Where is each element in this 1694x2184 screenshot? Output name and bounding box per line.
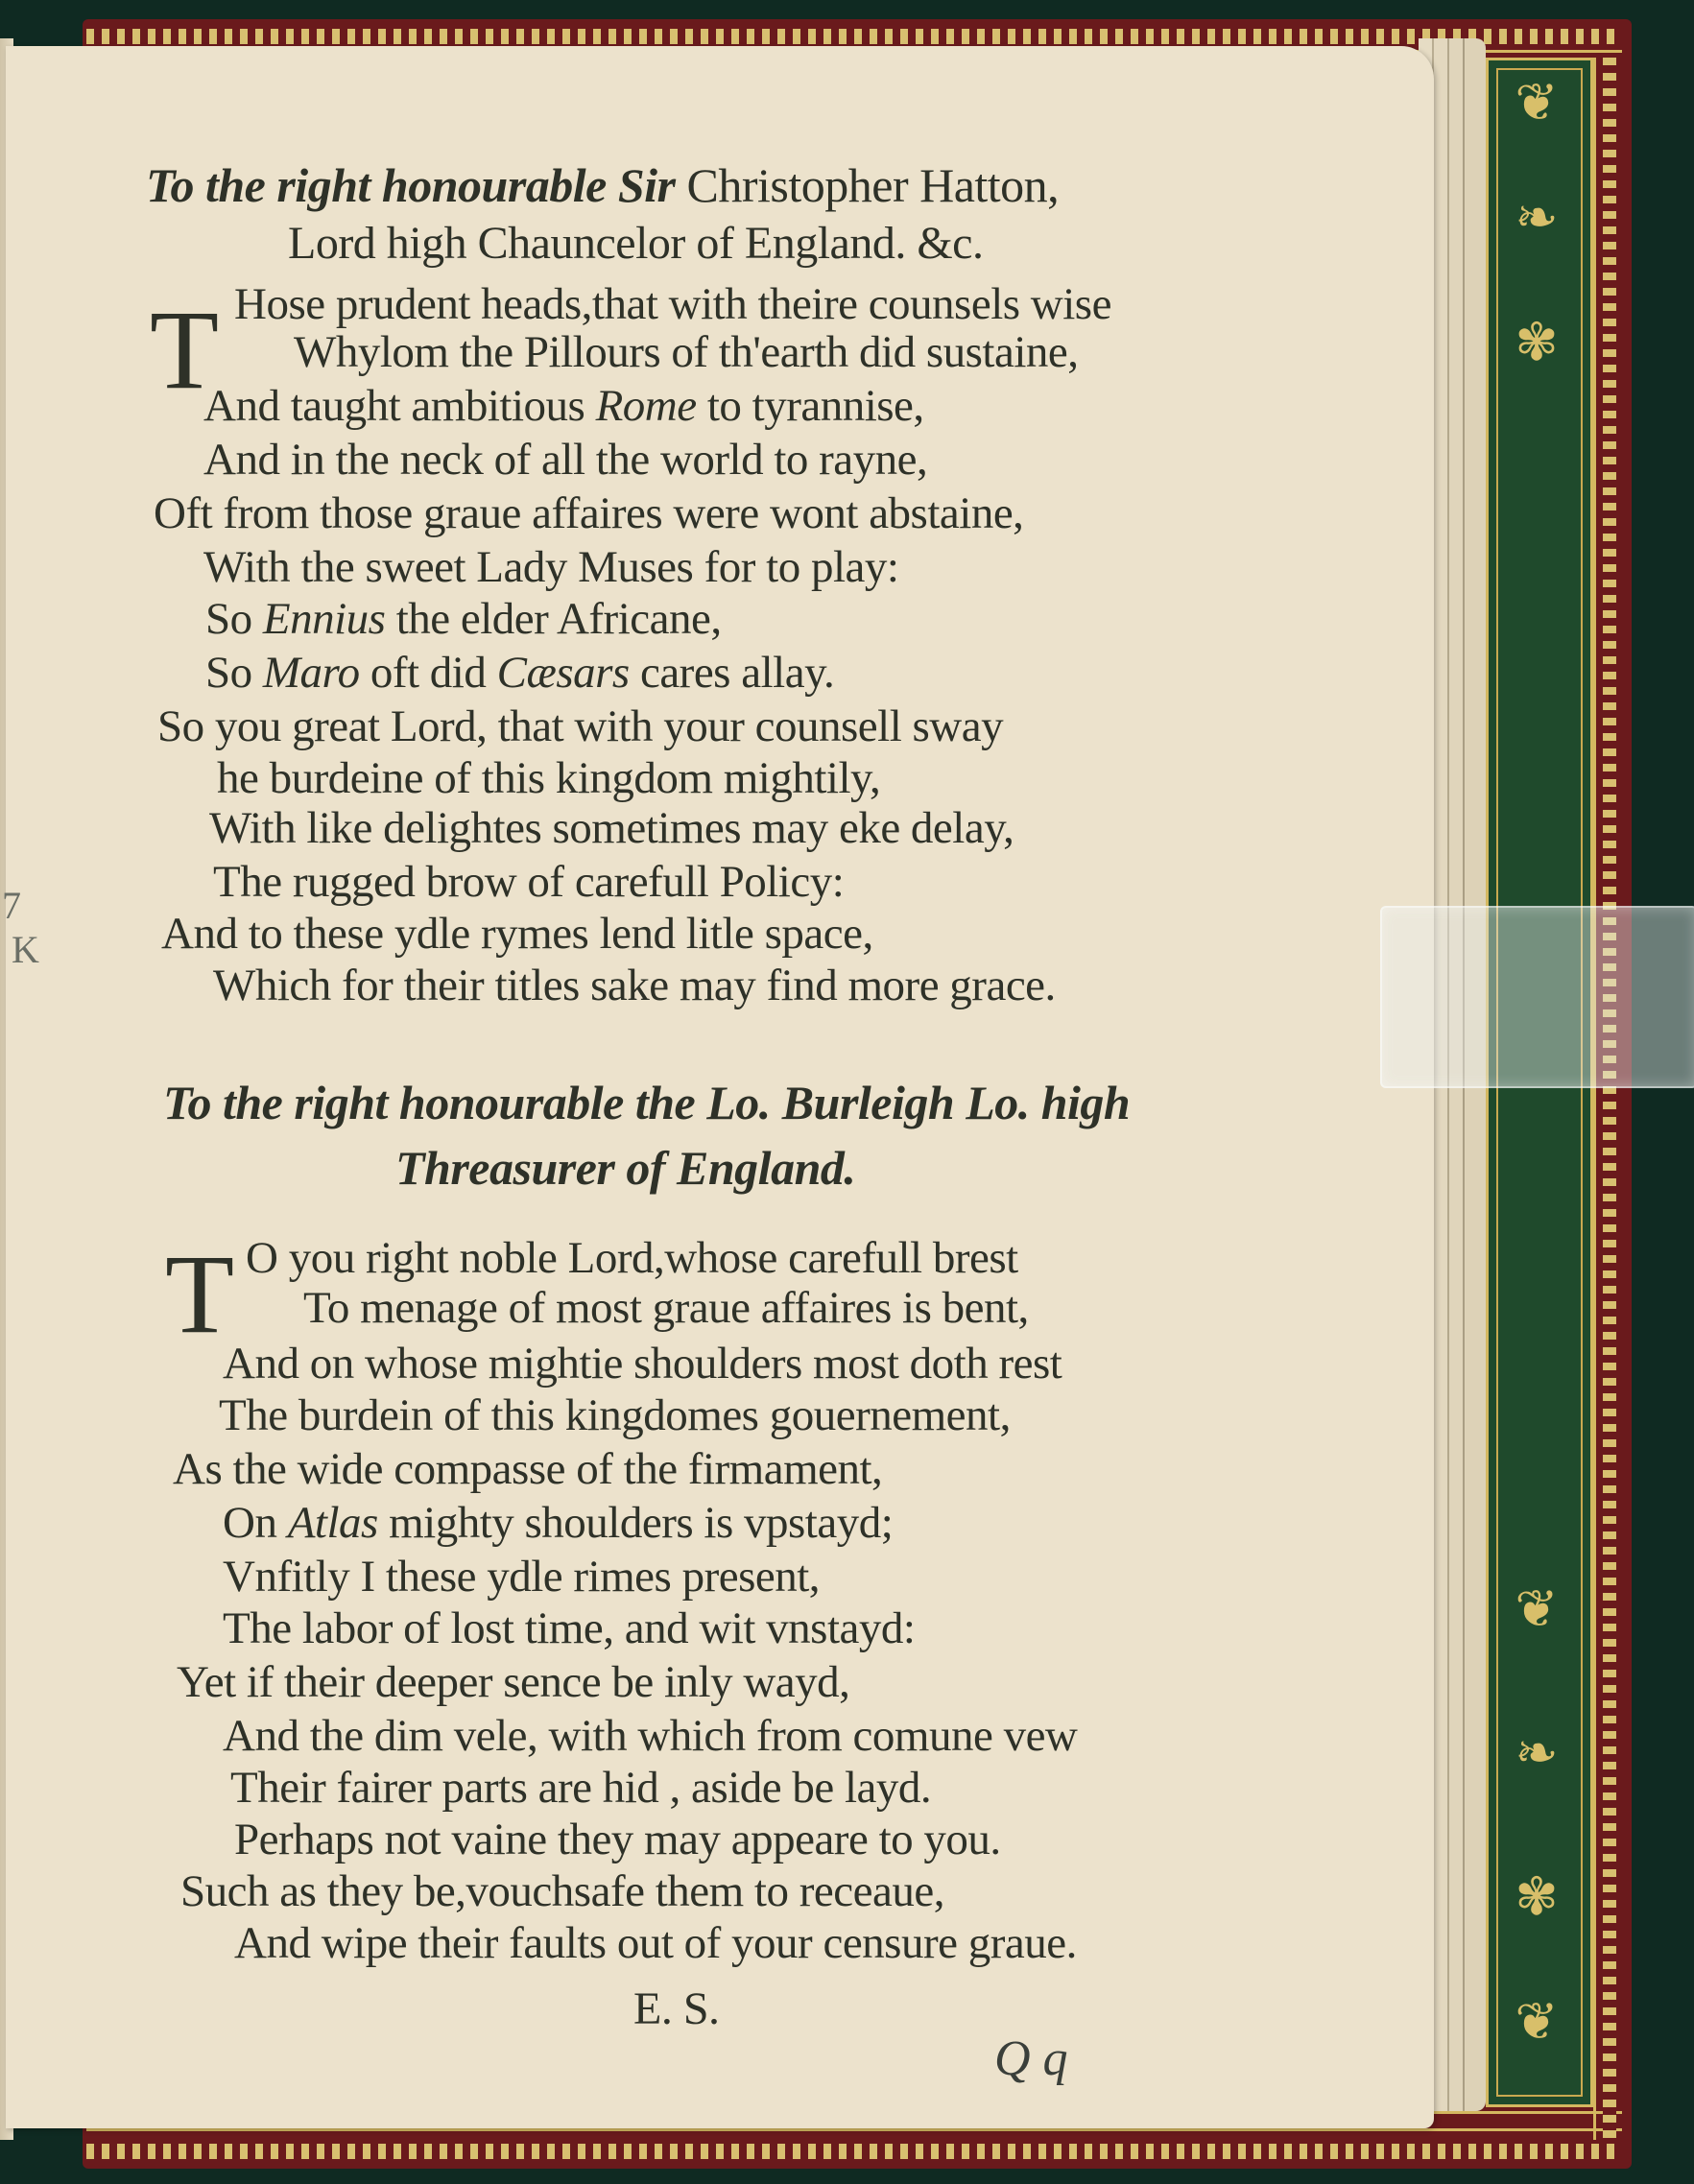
printer-signature-mark: Q q: [994, 2030, 1068, 2087]
poem-line: Oft from those graue affaires were wont …: [154, 487, 1023, 539]
text-span: the elder Africane,: [385, 594, 721, 644]
poem-line: The burdein of this kingdomes gouernemen…: [219, 1389, 1011, 1441]
binding-right-gilt-trim: [1603, 58, 1616, 2140]
poem-line: To menage of most graue affaires is bent…: [303, 1282, 1029, 1334]
italic-name: Ennius: [263, 594, 386, 644]
poem-line: Which for their titles sake may find mor…: [213, 960, 1056, 1011]
dedication-heading-burleigh-line2: Threasurer of England.: [395, 1140, 855, 1196]
gilt-scroll-ornament-icon: ✾: [1497, 1871, 1576, 1923]
poem-line: The rugged brow of carefull Policy:: [213, 856, 844, 908]
heading-italic-part: To the right honourable Sir: [146, 158, 676, 212]
text-span: oft did: [360, 648, 497, 698]
poem-line: The labor of lost time, and wit vnstayd:: [223, 1602, 915, 1654]
text-span: So: [205, 594, 263, 644]
gilt-rule: [1593, 58, 1596, 2140]
drop-cap-letter: T: [165, 1238, 234, 1351]
poem-line: With the sweet Lady Muses for to play:: [203, 541, 898, 593]
poem-line: Such as they be,vouchsafe them to receau…: [180, 1865, 944, 1917]
poem-line: he burdeine of this kingdom mightily,: [217, 752, 880, 804]
margin-mark: 7: [2, 883, 21, 928]
italic-name: Maro: [263, 648, 360, 698]
poem-line: Their fairer parts are hid , aside be la…: [230, 1762, 931, 1814]
italic-name: Rome: [596, 381, 697, 431]
gilt-scroll-ornament-icon: ❧: [1497, 1727, 1576, 1779]
text-span: And taught ambitious: [203, 381, 596, 431]
poem-line: On Atlas mighty shoulders is vpstayd;: [223, 1497, 893, 1549]
gilt-scroll-ornament-icon: ❦: [1497, 77, 1576, 129]
poem-line: And taught ambitious Rome to tyrannise,: [203, 380, 924, 432]
dedication-heading-burleigh: To the right honourable the Lo. Burleigh…: [163, 1075, 1130, 1130]
poem-line: So Ennius the elder Africane,: [205, 593, 722, 645]
poem-line: Vnfitly I these ydle rimes present,: [223, 1551, 820, 1602]
poem-line: As the wide compasse of the firmament,: [173, 1443, 882, 1495]
italic-name: Cæsars: [497, 648, 630, 698]
heading-roman-part: Christopher Hatton,: [687, 158, 1060, 212]
poem-line: Hose prudent heads,that with theire coun…: [234, 278, 1111, 330]
glass-page-weight: [1380, 906, 1694, 1088]
gilt-scroll-ornament-icon: ❧: [1497, 192, 1576, 244]
poem-line: And to these ydle rymes lend litle space…: [161, 908, 873, 960]
text-span: to tyrannise,: [697, 381, 924, 431]
poem-line: Perhaps not vaine they may appeare to yo…: [234, 1814, 1001, 1865]
poem-line: And on whose mightie shoulders most doth…: [223, 1338, 1062, 1389]
poem-line: So you great Lord, that with your counse…: [157, 700, 1003, 752]
gilt-scroll-ornament-icon: ❦: [1497, 1996, 1576, 2048]
author-initials: E. S.: [633, 1982, 720, 2035]
poem-line: And in the neck of all the world to rayn…: [203, 434, 927, 486]
italic-name: Atlas: [288, 1498, 378, 1548]
text-span: mighty shoulders is vpstayd;: [378, 1498, 893, 1548]
poem-line: And the dim vele, with which from comune…: [223, 1710, 1077, 1762]
text-span: cares allay.: [630, 648, 835, 698]
dedication-heading-hatton: To the right honourable Sir Christopher …: [146, 157, 1059, 213]
poem-line: So Maro oft did Cæsars cares allay.: [205, 647, 834, 699]
poem-line: With like delightes sometimes may eke de…: [209, 802, 1014, 854]
poem-line: Yet if their deeper sence be inly wayd,: [177, 1656, 849, 1708]
poem-line: Whylom the Pillours of th'earth did sust…: [294, 326, 1079, 378]
gilt-scroll-ornament-icon: ❦: [1497, 1583, 1576, 1635]
text-span: So: [205, 648, 263, 698]
poem-line: O you right noble Lord,whose carefull br…: [246, 1232, 1018, 1284]
text-span: On: [223, 1498, 288, 1548]
poem-line: And wipe their faults out of your censur…: [234, 1917, 1077, 1969]
page-text: To the right honourable Sir Christopher …: [0, 0, 1420, 2184]
gilt-scroll-ornament-icon: ✾: [1497, 317, 1576, 368]
margin-mark: K: [12, 927, 39, 972]
dedication-subheading-hatton: Lord high Chauncelor of England. &c.: [288, 217, 983, 270]
